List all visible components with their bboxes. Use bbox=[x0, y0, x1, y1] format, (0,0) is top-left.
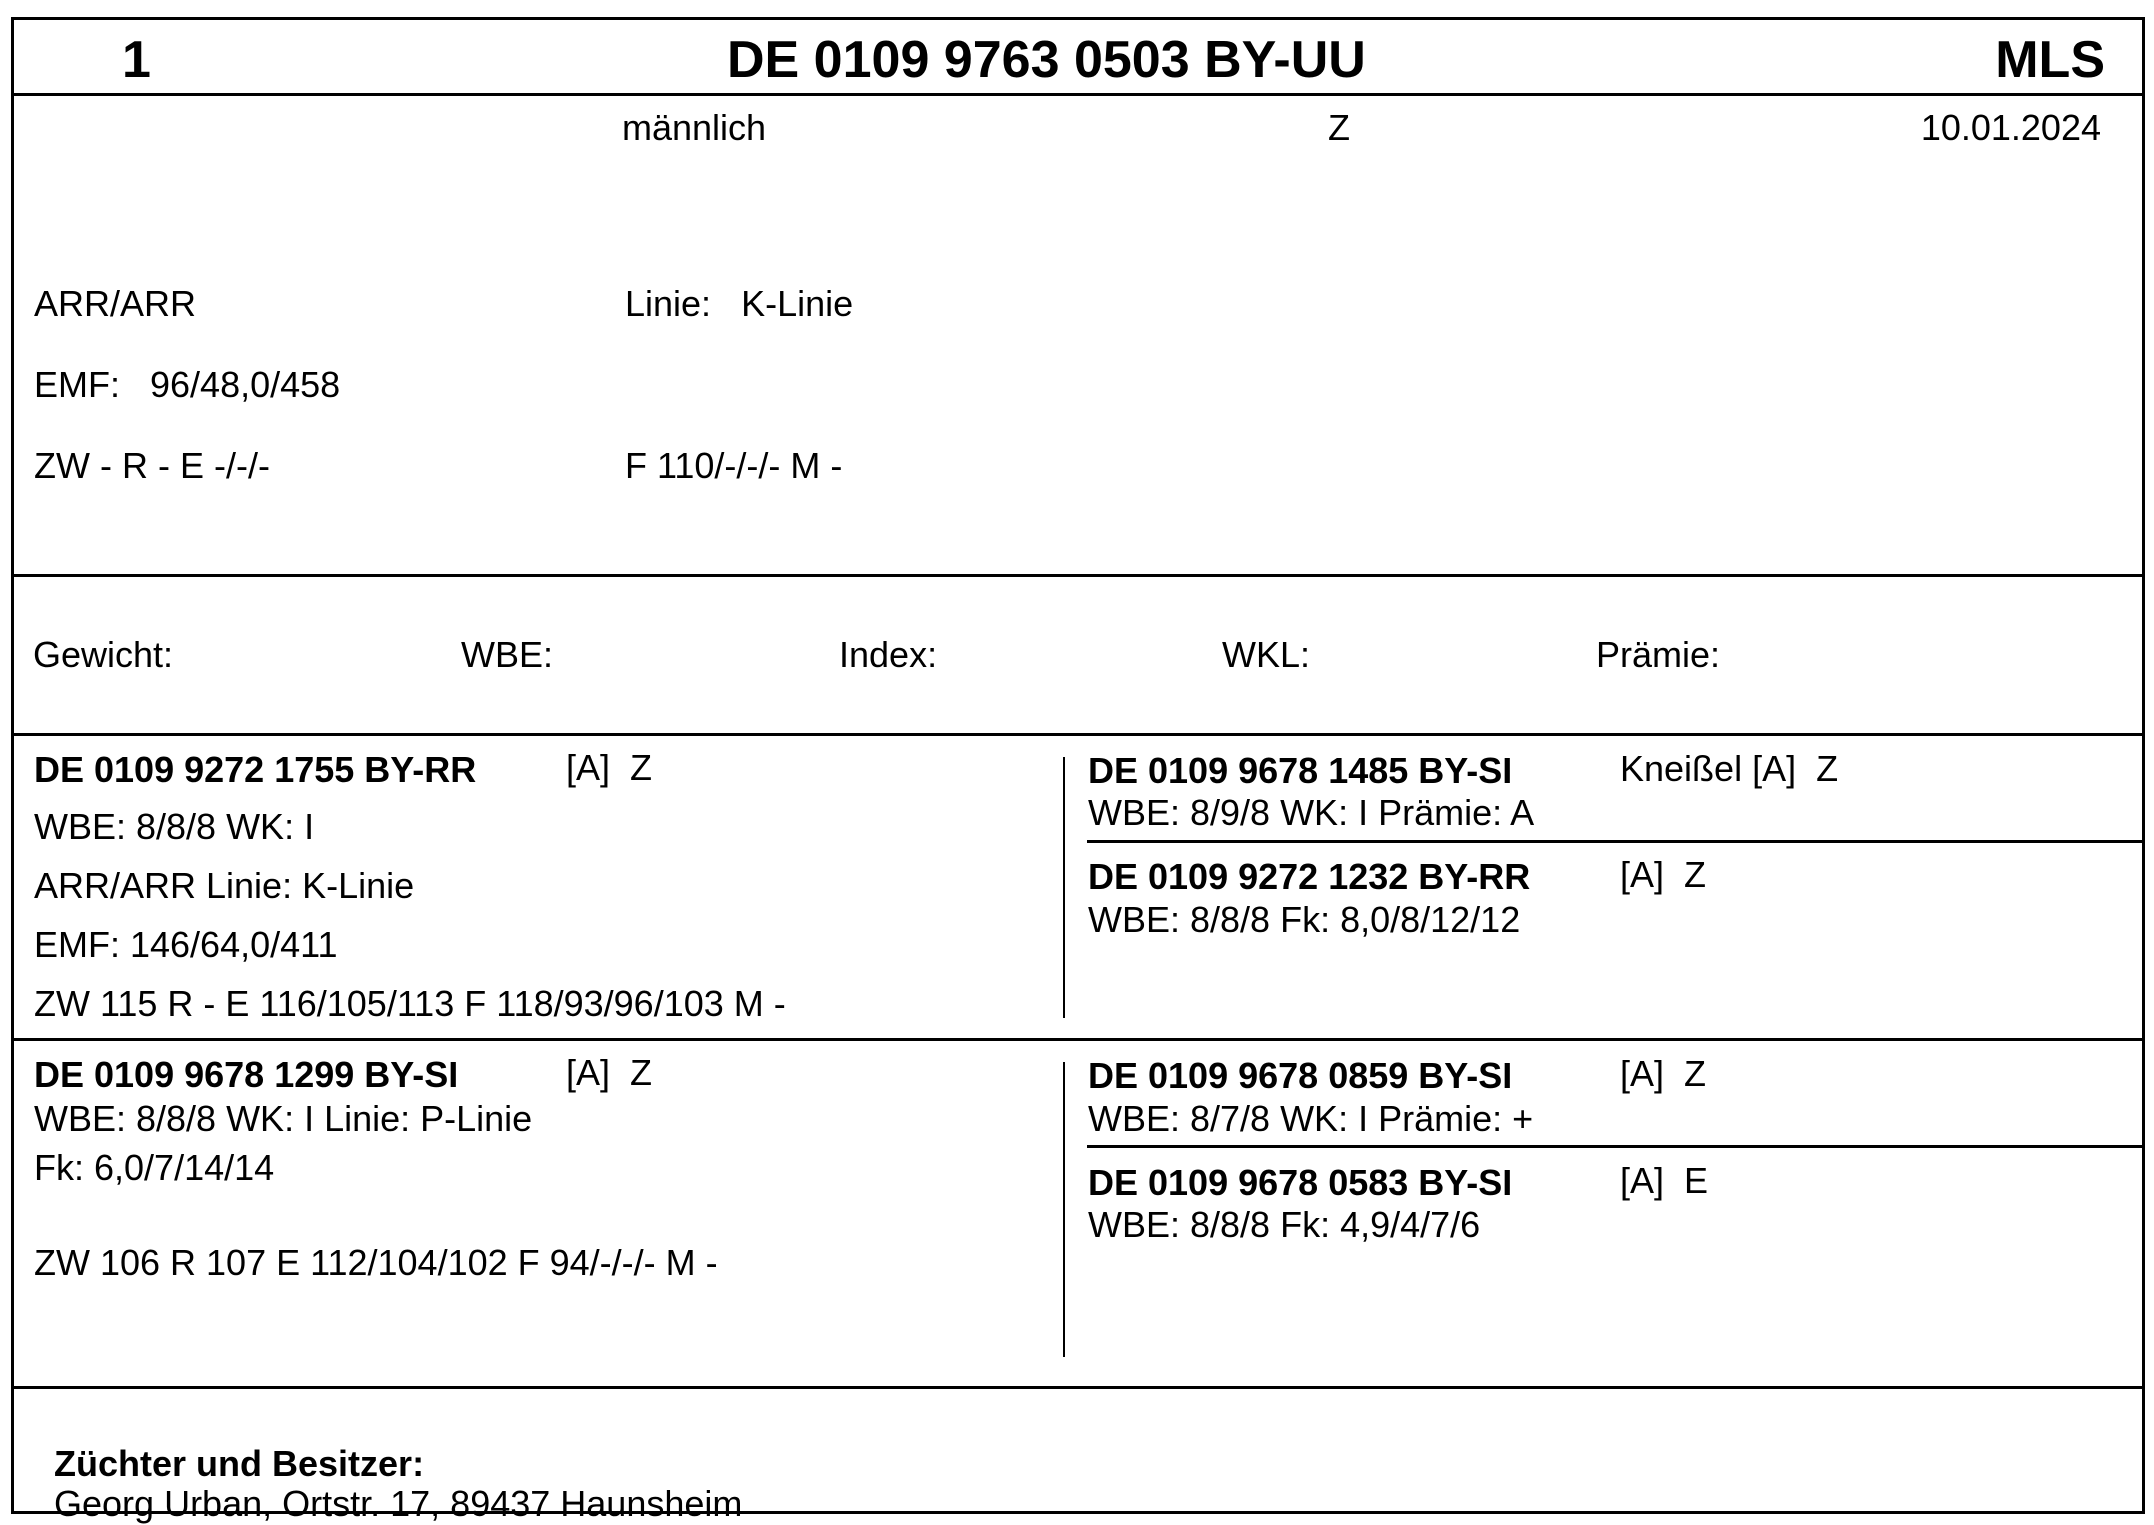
dam-sire-tag: [A] Z bbox=[1620, 1054, 1706, 1094]
sire-emf: EMF: 146/64,0/411 bbox=[34, 925, 338, 965]
dam-sire-id: DE 0109 9678 0859 BY-SI bbox=[1088, 1056, 1512, 1096]
divider-header bbox=[11, 93, 2145, 96]
sire-id: DE 0109 9272 1755 BY-RR bbox=[34, 750, 476, 790]
dam-fk: Fk: 6,0/7/14/14 bbox=[34, 1148, 274, 1188]
divider-dam-grandparents bbox=[1087, 1145, 2145, 1148]
divider-dam-column bbox=[1063, 1062, 1065, 1357]
wbe-label: WBE: bbox=[461, 635, 553, 675]
sire-sire-wbe: WBE: 8/9/8 WK: I Prämie: A bbox=[1088, 793, 1534, 833]
catalog-number: 1 bbox=[122, 31, 151, 89]
f-values: F 110/-/-/- M - bbox=[625, 446, 842, 486]
genotype: ARR/ARR bbox=[34, 284, 196, 324]
sire-dam-tag: [A] Z bbox=[1620, 855, 1706, 895]
wkl-label: WKL: bbox=[1222, 635, 1310, 675]
sire-dam-id: DE 0109 9272 1232 BY-RR bbox=[1088, 857, 1530, 897]
sire-wbe: WBE: 8/8/8 WK: I bbox=[34, 807, 314, 847]
sex: männlich bbox=[622, 108, 766, 148]
sire-sire-id: DE 0109 9678 1485 BY-SI bbox=[1088, 751, 1512, 791]
praemie-label: Prämie: bbox=[1596, 635, 1720, 675]
date: 10.01.2024 bbox=[1921, 108, 2101, 148]
dam-dam-tag: [A] E bbox=[1620, 1161, 1708, 1201]
sire-genotype: ARR/ARR Linie: K-Linie bbox=[34, 866, 414, 906]
dam-breeding-values: ZW 106 R 107 E 112/104/102 F 94/-/-/- M … bbox=[34, 1243, 718, 1283]
divider-parents bbox=[11, 1038, 2145, 1041]
dam-dam-id: DE 0109 9678 0583 BY-SI bbox=[1088, 1163, 1512, 1203]
sire-breeding-values: ZW 115 R - E 116/105/113 F 118/93/96/103… bbox=[34, 984, 786, 1024]
dam-wbe: WBE: 8/8/8 WK: I Linie: P-Linie bbox=[34, 1099, 532, 1139]
emf: EMF: 96/48,0/458 bbox=[34, 365, 340, 405]
index-label: Index: bbox=[839, 635, 937, 675]
divider-sire-grandparents bbox=[1087, 840, 2145, 843]
breeder-row: Züchter und Besitzer: Georg Urban, Ortst… bbox=[34, 1404, 742, 1524]
divider-sire-column bbox=[1063, 757, 1065, 1018]
line: Linie: K-Linie bbox=[625, 284, 853, 324]
weight-label: Gewicht: bbox=[33, 635, 173, 675]
breeding-values: ZW - R - E -/-/- bbox=[34, 446, 270, 486]
dam-id: DE 0109 9678 1299 BY-SI bbox=[34, 1055, 458, 1095]
breed-code: MLS bbox=[1995, 31, 2105, 89]
dam-sire-wbe: WBE: 8/7/8 WK: I Prämie: + bbox=[1088, 1099, 1533, 1139]
animal-id: DE 0109 9763 0503 BY-UU bbox=[727, 31, 1366, 89]
breeder-label: Züchter und Besitzer: bbox=[54, 1443, 424, 1484]
grade: Z bbox=[1328, 108, 1350, 148]
divider-breeder bbox=[11, 1386, 2145, 1389]
dam-tag: [A] Z bbox=[566, 1053, 652, 1093]
divider-fields bbox=[11, 733, 2145, 736]
breeder-value: Georg Urban, Ortstr. 17, 89437 Haunsheim bbox=[54, 1483, 742, 1524]
sire-tag: [A] Z bbox=[566, 748, 652, 788]
sire-sire-tag: Kneißel [A] Z bbox=[1620, 749, 1838, 789]
divider-info bbox=[11, 574, 2145, 577]
sire-dam-wbe: WBE: 8/8/8 Fk: 8,0/8/12/12 bbox=[1088, 900, 1520, 940]
dam-dam-wbe: WBE: 8/8/8 Fk: 4,9/4/7/6 bbox=[1088, 1205, 1480, 1245]
